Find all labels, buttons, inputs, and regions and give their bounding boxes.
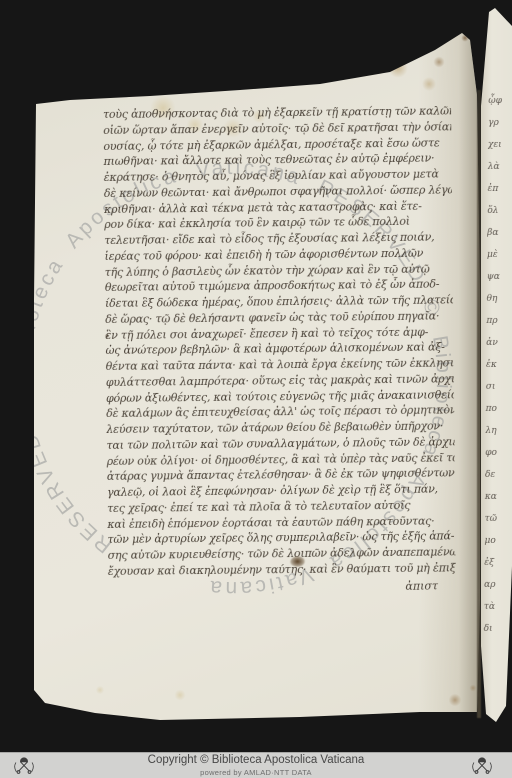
facing-page-fragment: θη — [486, 288, 510, 310]
facing-page-fragment: κα — [485, 486, 509, 508]
facing-page-fragment: βα — [487, 222, 511, 244]
manuscript-text-block: τοὺς ἀποθνήσκοντας διὰ τὸ μὴ ἐξαρκεῖν τῇ… — [103, 103, 456, 595]
gutter-shadow — [477, 90, 481, 718]
facing-page-fragment: πο — [486, 398, 510, 420]
manuscript-page: RESERVED © Biblioteca Apostolica Vatican… — [33, 28, 481, 722]
facing-page-fragment: ἀν — [486, 332, 510, 354]
facing-page-fragment: ὅλ — [487, 200, 511, 222]
facing-page-fragment: φο — [485, 442, 509, 464]
facing-page-fragment: ἐπ — [487, 178, 511, 200]
facing-page-fragment: ἐκ — [486, 354, 510, 376]
copyright-text: Copyright © Biblioteca Apostolica Vatica… — [148, 755, 365, 767]
facing-page-fragment: ψα — [487, 266, 511, 288]
facing-page-fragment: ἐξ — [484, 552, 508, 574]
facing-page-fragment: δε — [485, 464, 509, 486]
footer-text: Copyright © Biblioteca Apostolica Vatica… — [148, 755, 365, 776]
facing-page-text-fragments: ᾧφγρχειλὰἐπὅλβαμὲψαθηπρἀνἐκσιποληφοδεκατ… — [484, 90, 512, 640]
manuscript-line: ἔχουσαν καὶ διακηλουμένην ταύτης· καὶ ἓν… — [108, 560, 456, 579]
viewer-stage: RESERVED © Biblioteca Apostolica Vatican… — [0, 0, 512, 778]
facing-page-fragment: λη — [485, 420, 509, 442]
facing-page-fragment: μὲ — [487, 244, 511, 266]
facing-page-fragment: πρ — [486, 310, 510, 332]
powered-by-text: powered by AMLAD·NTT DATA — [148, 769, 365, 777]
facing-page-fragment: ᾧφ — [488, 90, 512, 112]
manuscript-lines: τοὺς ἀποθνήσκοντας διὰ τὸ μὴ ἐξαρκεῖν τῇ… — [103, 103, 456, 579]
facing-page-fragment: χει — [488, 134, 512, 156]
facing-page-fragment: γρ — [488, 112, 512, 134]
footer-bar: Copyright © Biblioteca Apostolica Vatica… — [0, 752, 512, 778]
facing-page-fragment: μο — [484, 530, 508, 552]
facing-page-edge: ᾧφγρχειλὰἐπὅλβαμὲψαθηπρἀνἐκσιποληφοδεκατ… — [481, 6, 512, 728]
facing-page-fragment: σι — [486, 376, 510, 398]
facing-page-fragment: τῶ — [485, 508, 509, 530]
vatican-emblem-icon — [471, 755, 493, 777]
facing-page-fragment: τὰ — [484, 596, 508, 618]
facing-page-fragment: αρ — [484, 574, 508, 596]
facing-page-fragment: δι — [484, 618, 508, 640]
vatican-emblem-icon — [13, 755, 35, 777]
folio-number: 33 — [93, 47, 107, 62]
facing-page-fragment: λὰ — [488, 156, 512, 178]
